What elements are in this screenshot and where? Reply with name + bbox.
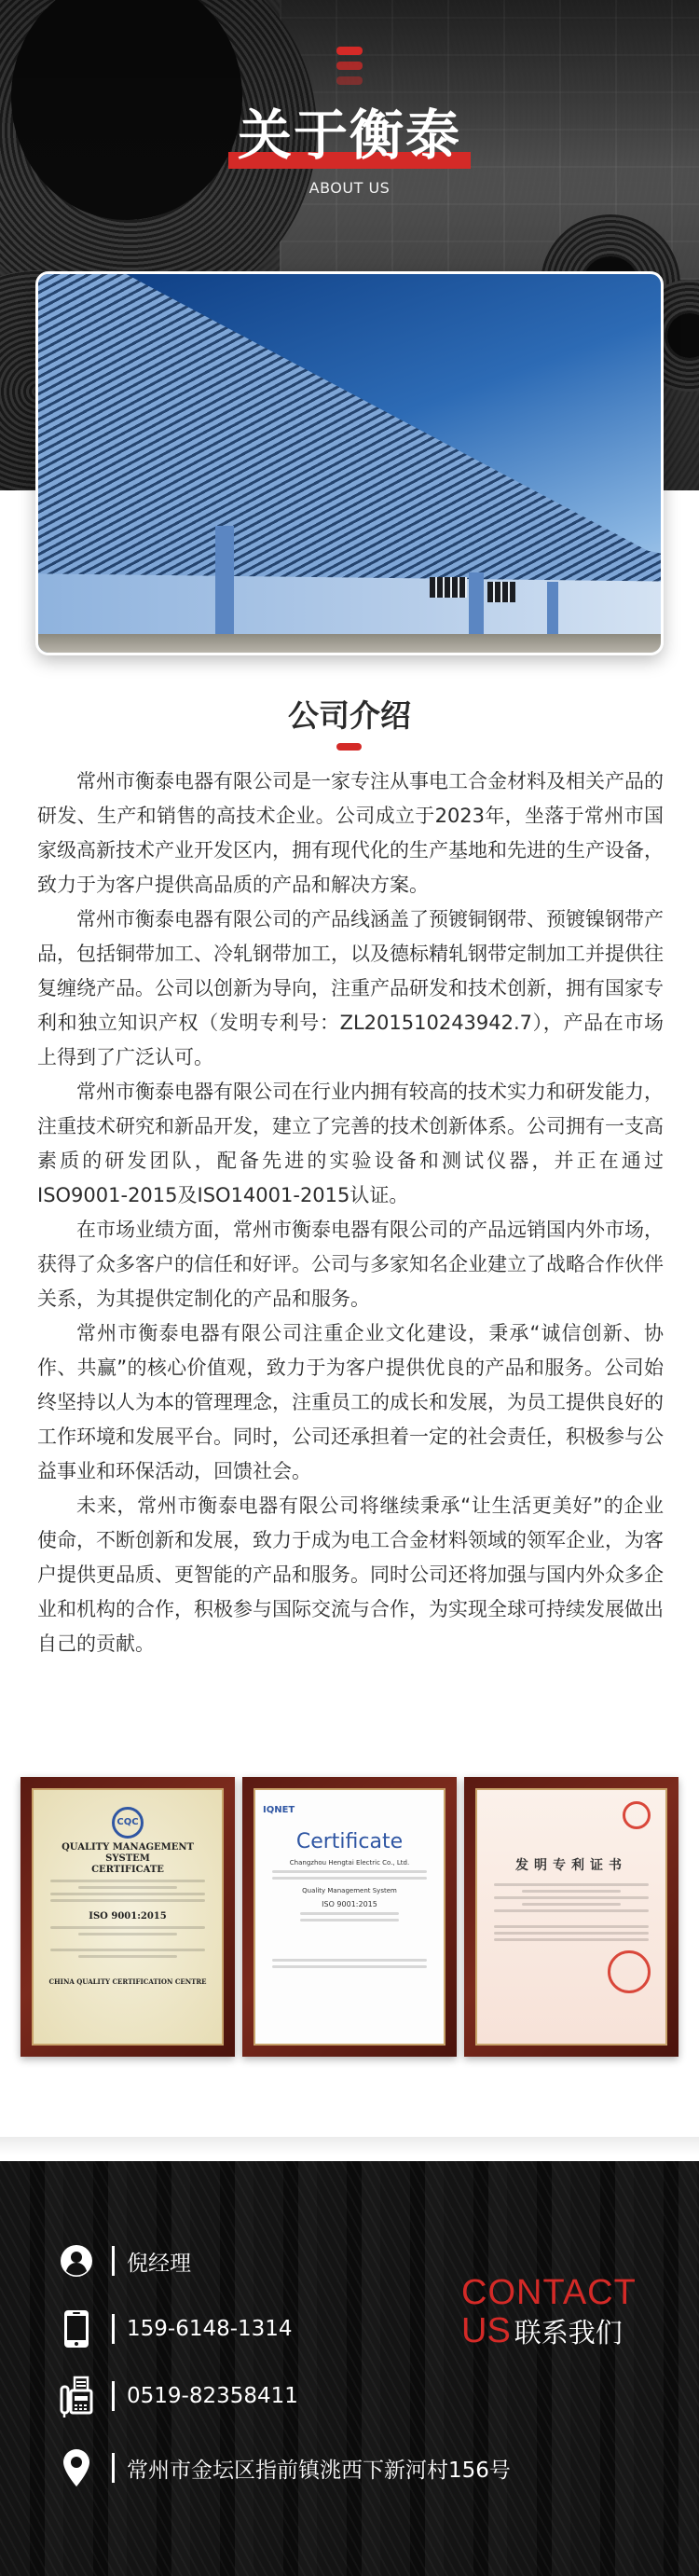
hero-title: 关于衡泰: [228, 103, 471, 168]
person-icon: [58, 2238, 95, 2284]
mobile-phone-icon: [58, 2306, 95, 2352]
section-divider: [0, 2137, 699, 2156]
contact-mobile[interactable]: 159-6148-1314: [58, 2306, 293, 2352]
contact-section: [0, 2161, 699, 2576]
section-title-company-intro: 公司介绍: [0, 692, 699, 736]
certificates-gallery: CQC QUALITY MANAGEMENT SYSTEM CERTIFICAT…: [21, 1777, 678, 2057]
title-underline: [336, 743, 362, 751]
certificate-quality-management[interactable]: CQC QUALITY MANAGEMENT SYSTEM CERTIFICAT…: [21, 1777, 235, 2057]
company-intro-text: 常州市衡泰电器有限公司是一家专注从事电工合金材料及相关产品的研发、生产和销售的高…: [37, 765, 664, 1661]
intro-paragraph: 常州市衡泰电器有限公司是一家专注从事电工合金材料及相关产品的研发、生产和销售的高…: [37, 765, 664, 902]
hero-title-block: 关于衡泰: [228, 103, 471, 168]
intro-paragraph: 常州市衡泰电器有限公司注重企业文化建设，秉承“诚信创新、协作、共赢”的核心价值观…: [37, 1316, 664, 1489]
location-pin-icon: [58, 2445, 95, 2491]
iqnet-logo-icon: IQNET: [263, 1805, 436, 1815]
contact-person: 倪经理: [58, 2238, 191, 2284]
contact-address: 常州市金坛区指前镇洮西下新河村156号: [58, 2445, 511, 2491]
seal-icon: [623, 1801, 651, 1829]
hero-subtitle: ABOUT US: [0, 179, 699, 197]
cqc-logo-icon: CQC: [112, 1807, 144, 1839]
contact-heading-en: CONTACT: [461, 2275, 637, 2310]
contact-heading: US联系我们: [461, 2312, 623, 2356]
fax-phone-icon: [58, 2373, 95, 2419]
factory-building-photo: [35, 271, 664, 655]
certificate-invention-patent[interactable]: 发明专利证书: [464, 1777, 678, 2057]
intro-paragraph: 未来，常州市衡泰电器有限公司将继续秉承“让生活更美好”的企业使命，不断创新和发展…: [37, 1489, 664, 1661]
contact-telephone[interactable]: 0519-82358411: [58, 2373, 298, 2419]
certificate-iqnet[interactable]: IQNET Certificate Changzhou Hengtai Elec…: [242, 1777, 457, 2057]
official-seal-icon: [608, 1950, 651, 1993]
intro-paragraph: 常州市衡泰电器有限公司在行业内拥有较高的技术实力和研发能力，注重技术研究和新品开…: [37, 1075, 664, 1213]
intro-paragraph: 在市场业绩方面，常州市衡泰电器有限公司的产品远销国内外市场，获得了众多客户的信任…: [37, 1213, 664, 1316]
intro-paragraph: 常州市衡泰电器有限公司的产品线涵盖了预镀铜钢带、预镀镍钢带产品，包括铜带加工、冷…: [37, 902, 664, 1075]
decorative-red-bars-icon: [336, 47, 363, 91]
